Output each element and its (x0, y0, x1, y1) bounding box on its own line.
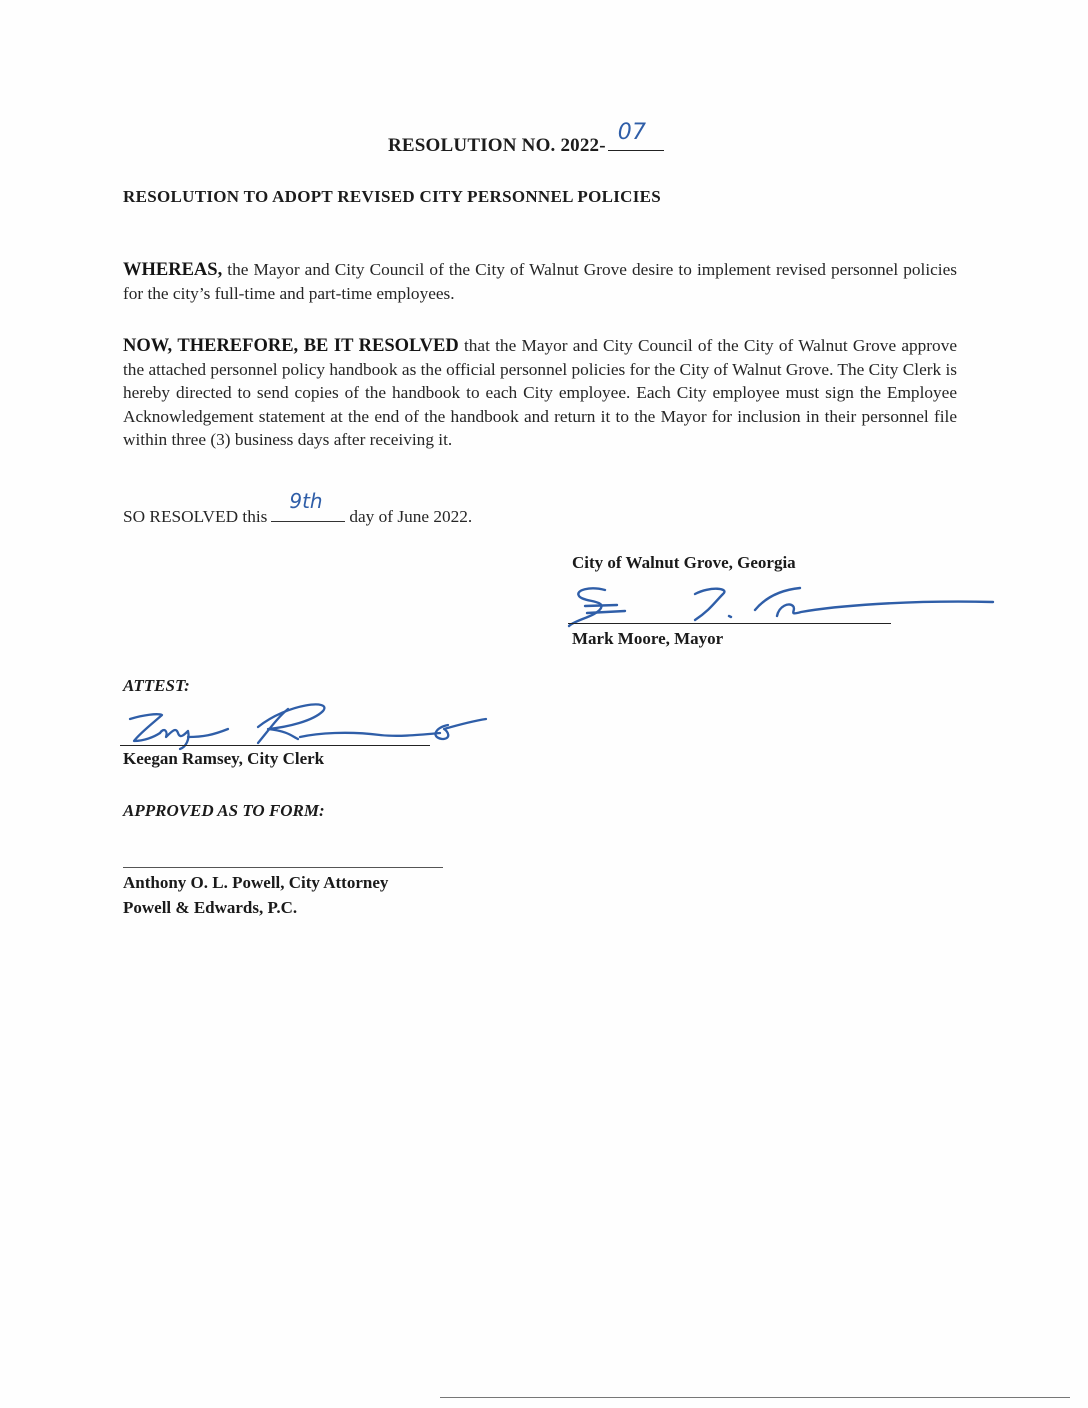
resolved-lead: NOW, THEREFORE, BE IT RESOLVED (123, 336, 459, 356)
clerk-signatory: Keegan Ramsey, City Clerk (123, 749, 324, 769)
attorney-signature-line (123, 867, 443, 868)
day-blank: 9th (271, 505, 345, 522)
footer-scan-line (440, 1397, 1070, 1398)
attest-label: ATTEST: (123, 676, 190, 696)
clerk-signature-line (120, 745, 430, 746)
whereas-paragraph: WHEREAS, the Mayor and City Council of t… (123, 258, 957, 305)
so-resolved-after: day of June 2022. (349, 507, 472, 526)
resolution-title: RESOLUTION TO ADOPT REVISED CITY PERSONN… (123, 187, 661, 207)
attorney-signatory: Anthony O. L. Powell, City Attorney (123, 873, 388, 893)
so-resolved-before: SO RESOLVED this (123, 507, 267, 526)
whereas-lead: WHEREAS, (123, 260, 222, 280)
mayor-signature-line (568, 623, 891, 624)
attorney-firm: Powell & Edwards, P.C. (123, 898, 297, 918)
resolution-number: RESOLUTION NO. 2022-07 (388, 132, 664, 157)
so-resolved-line: SO RESOLVED this9thday of June 2022. (123, 505, 472, 527)
mayor-organization: City of Walnut Grove, Georgia (572, 553, 796, 573)
clerk-signature (118, 697, 488, 757)
resolution-number-prefix: RESOLUTION NO. 2022- (388, 135, 606, 156)
mayor-signature (565, 580, 995, 635)
day-handwritten: 9th (289, 489, 322, 513)
whereas-text: the Mayor and City Council of the City o… (123, 260, 957, 303)
resolution-number-handwritten: 07 (618, 120, 646, 145)
document-page: RESOLUTION NO. 2022-07 RESOLUTION TO ADO… (0, 0, 1088, 1408)
resolution-number-blank: 07 (608, 132, 664, 151)
resolved-paragraph: NOW, THEREFORE, BE IT RESOLVED that the … (123, 334, 957, 451)
mayor-signatory: Mark Moore, Mayor (572, 629, 723, 649)
approved-as-to-form-label: APPROVED AS TO FORM: (123, 801, 325, 821)
